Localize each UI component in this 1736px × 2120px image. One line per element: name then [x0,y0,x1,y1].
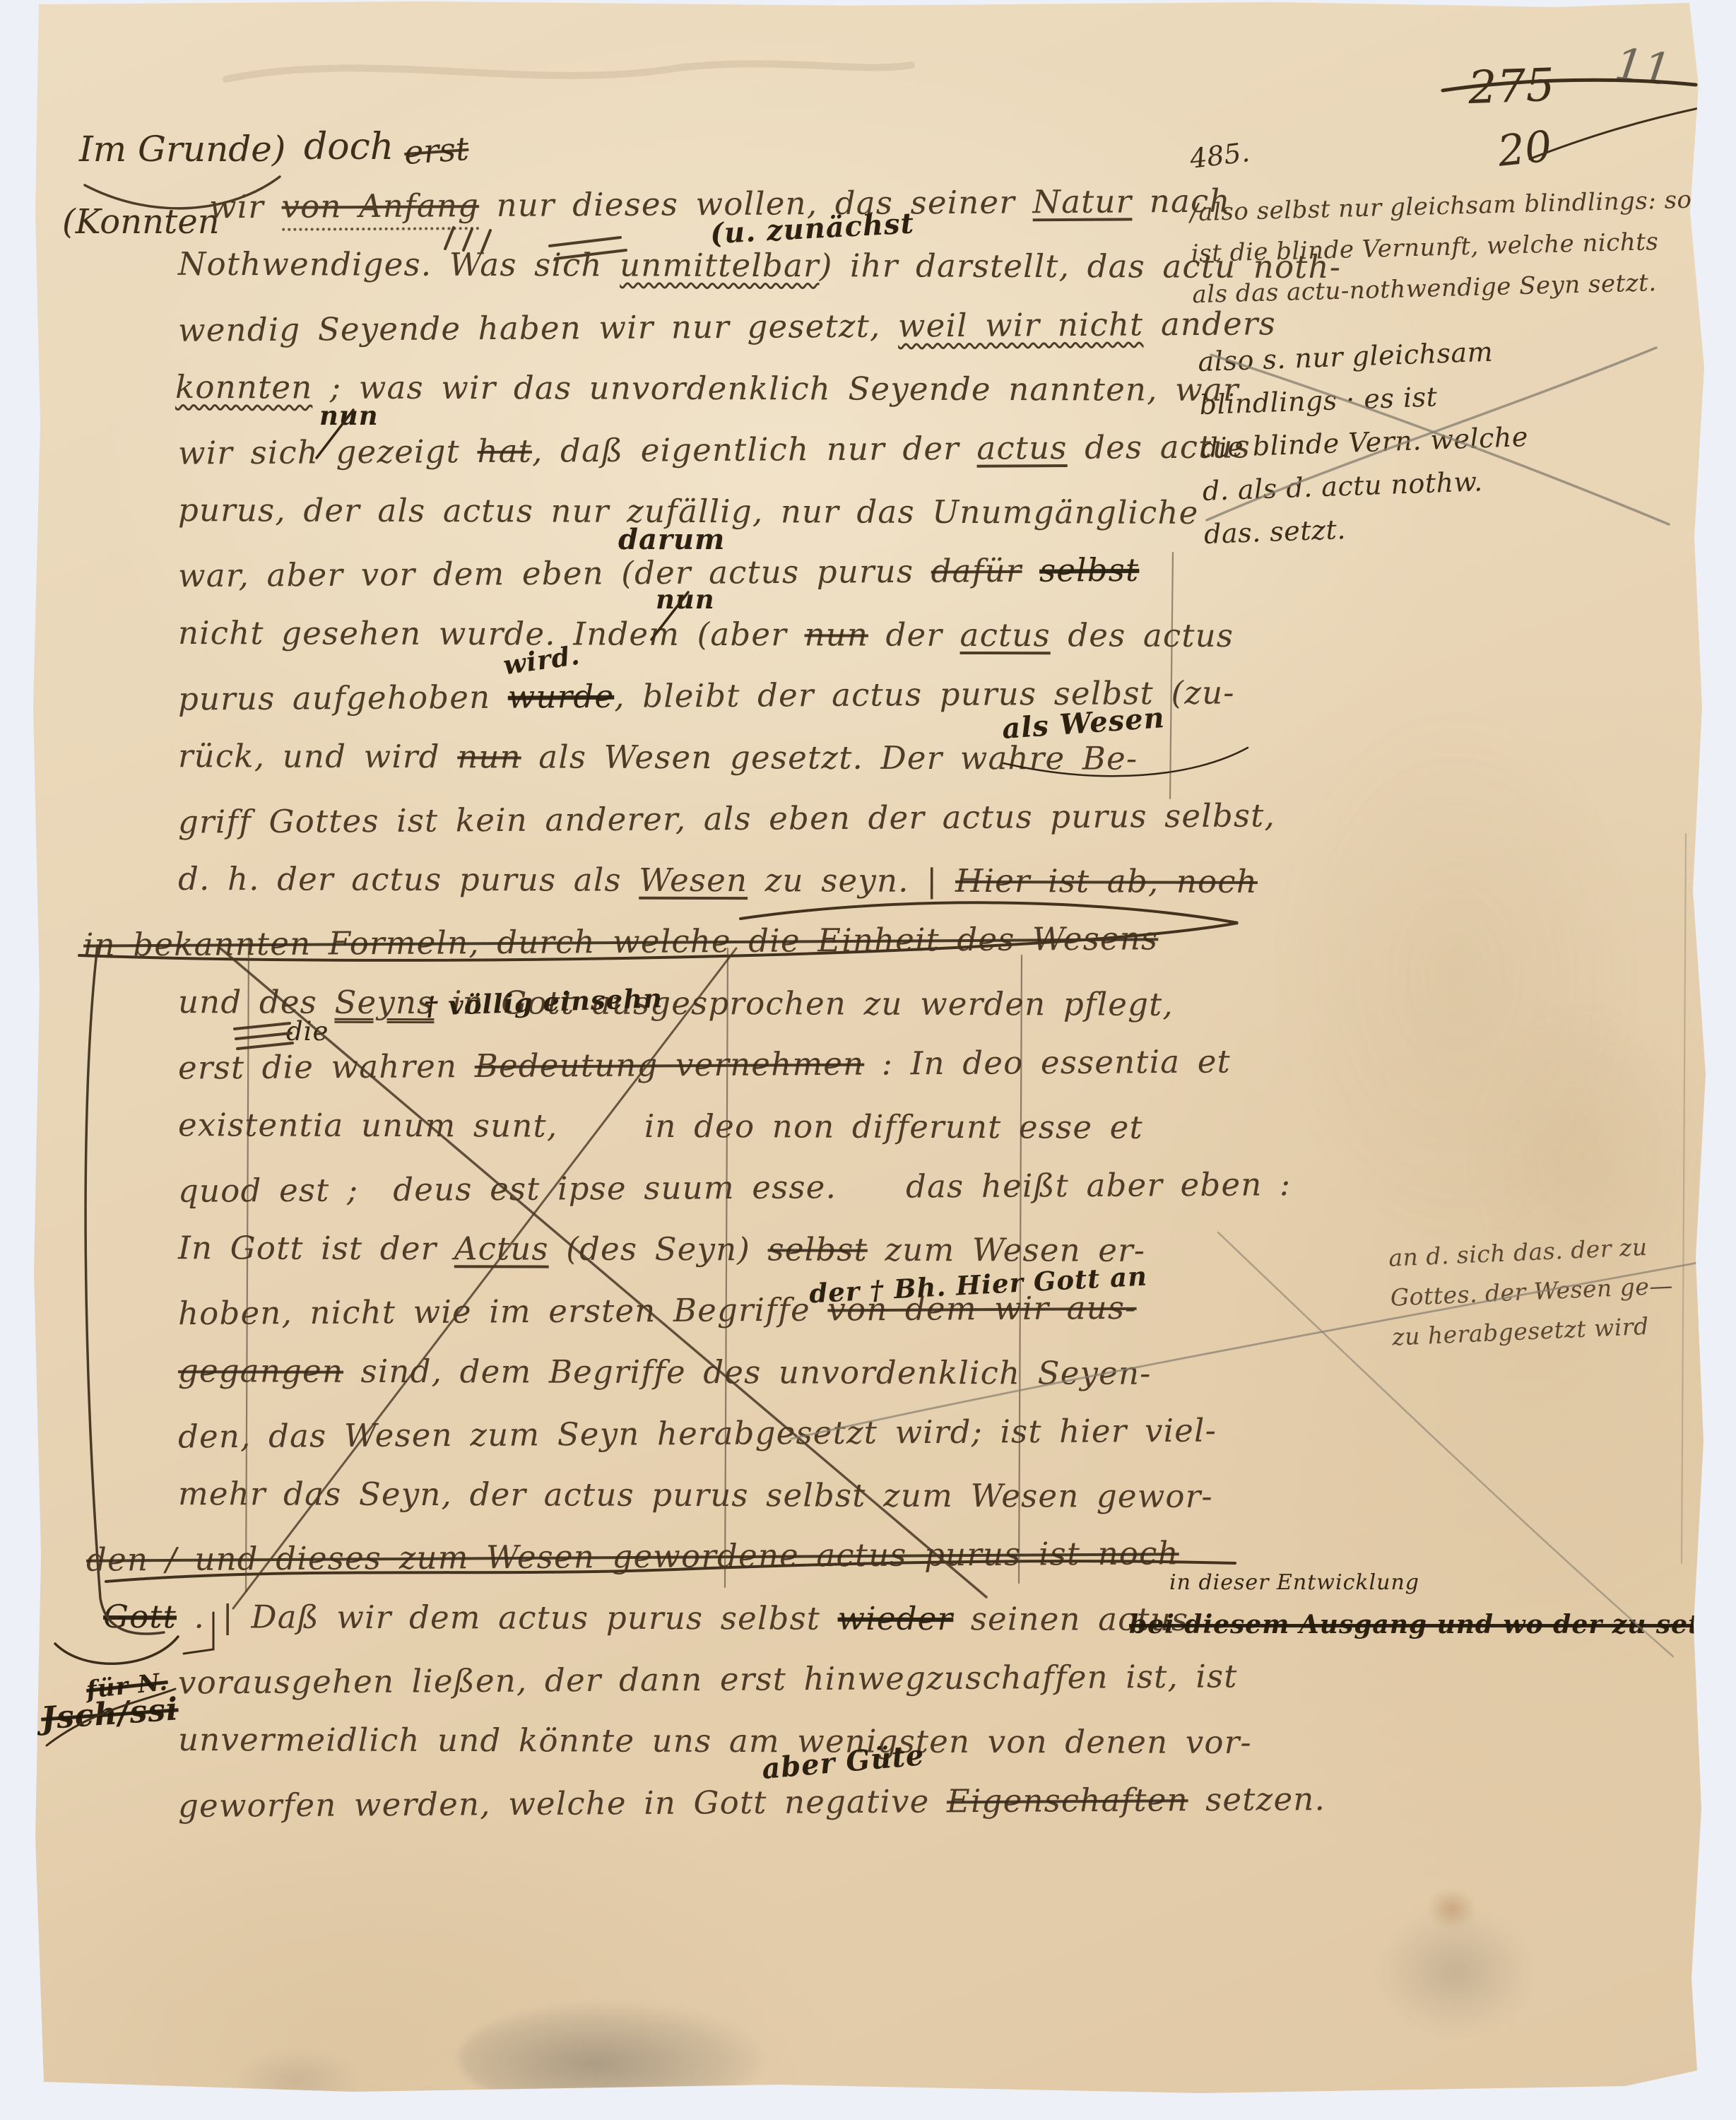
text-segment: erst die wahren [178,1047,475,1087]
folio-number-struck: 275 [1468,59,1556,114]
text-segment: vorausgehen ließen, der dann erst hinweg… [178,1657,1238,1701]
header-im-grunde: Im Grunde) [79,129,285,170]
manuscript-line: geworfen werden, welche in Gott negative… [178,1780,1325,1825]
struck-text: hat [477,432,532,470]
manuscript-line: gegangen sind, dem Begriffe des unvorden… [178,1352,1152,1392]
underlined-text: Wesen [639,861,748,899]
manuscript-line: vorausgehen ließen, der dann erst hinweg… [178,1657,1238,1701]
ink-smudge [459,2003,763,2113]
manuscript-line: wendig Seyende haben wir nur gesetzt, we… [178,305,1276,348]
smudge-faint [1378,1908,1533,2035]
folio-number-current: 20 [1496,122,1554,177]
text-segment: nicht gesehen wurde. Indem (aber [178,614,805,653]
smudge-faint [233,2049,360,2113]
text-segment: als Wesen gesetzt. Der wahre Be- [521,738,1138,777]
latin-text: quod est ; deus est ipse suum esse. das … [178,1165,1292,1210]
underlined-text: unmittelbar [620,246,820,284]
struck-text: Hier ist ab, noch [955,862,1258,900]
gott-strike-flourish [55,1637,178,1663]
text-segment: des actus [1051,616,1234,654]
struck-text: gegangen [178,1352,343,1390]
insertion-darum: darum [618,523,725,556]
manuscript-line: mehr das Seyn, der actus purus selbst zu… [178,1475,1213,1515]
manuscript-line: wir sich gezeigt hat, daß eigentlich nur… [178,428,1251,471]
text-segment: : In deo essentia et [864,1042,1231,1082]
manuscript-line: Gott . | Daß wir dem actus purus selbst … [103,1598,1189,1638]
text-segment: d. h. der actus purus als [178,860,639,899]
struck-text: dafür [931,552,1022,590]
manuscript-line: existentia unum sunt, in deo non differu… [178,1106,1143,1146]
margin-note-middle: an d. sich das. der zu Gottes. der Wesen… [1388,1232,1676,1362]
text-segment: den, das Wesen zum Seyn herabgesetzt wir… [178,1412,1217,1456]
struck-text: selbst [768,1230,868,1268]
show-through-stain [1272,707,1639,1244]
manuscript-line: In Gott ist der Actus (des Seyn) selbst … [178,1229,1145,1269]
manuscript-line: quod est ; deus est ipse suum esse. das … [178,1165,1292,1210]
text-segment: rück, und wird [178,737,457,775]
struck-text: in bekannten Formeln, durch welche die E… [83,919,1159,963]
struck-text: selbst [1039,551,1140,589]
manuscript-line: nicht gesehen wurde. Indem (aber nun der… [178,614,1234,654]
header-doch-struck: erst [403,129,470,172]
underlined-text: actus [976,429,1068,467]
manuscript-line: griff Gottes ist kein anderer, als eben … [178,796,1275,840]
triple-underline-mark [235,1023,293,1049]
manuscript-line: Nothwendiges. Was sich unmittelbar) ihr … [178,245,1341,285]
text-segment: (des Seyn) [549,1230,768,1268]
struck-text: wieder [838,1600,954,1637]
text-segment: griff Gottes ist kein anderer, als eben … [178,796,1275,840]
archive-number: 485. [1188,136,1251,175]
text-segment: geworfen werden, welche in Gott negative [178,1782,947,1825]
struck-text: Bedeutung vernehmen [475,1045,865,1085]
text-segment: unvermeidlich und könnte uns am wenigste… [178,1721,1252,1761]
insertion-nun: nun [319,400,379,431]
underlined-text: weil wir nicht [898,305,1144,344]
text-segment: war, aber vor dem eben (der actus purus [178,553,931,595]
underlined-text: actus [960,616,1051,654]
manuscript-scan: { "scan": { "backdrop": "#edf0f6", "pape… [0,0,1736,2120]
struck-text: den / und dieses zum Wesen gewordene act… [86,1534,1179,1578]
deletion-box-left-edge [85,946,164,1634]
text-segment: der [868,616,960,654]
underlined-text: Actus [454,1230,549,1267]
underlined-text: konnten [175,368,313,406]
text-segment: hoben, nicht wie im ersten Begriffe [178,1291,828,1333]
folio-number-pencil: 11 [1612,37,1674,95]
manuscript-line: den / und dieses zum Wesen gewordene act… [86,1534,1179,1578]
manuscript-line: d. h. der actus purus als Wesen zu seyn.… [178,860,1258,900]
manuscript-line: rück, und wird nun als Wesen gesetzt. De… [178,737,1138,777]
bleed-through-ghost [226,64,911,79]
foxing-spot [1427,1888,1477,1929]
left-margin-scribble: Jsch∕ssi [40,1691,179,1736]
struck-margin-phrase: bei diesem Ausgang und wo der zu setzen [1129,1610,1736,1639]
manuscript-line: den, das Wesen zum Seyn herabgesetzt wir… [178,1412,1217,1456]
manuscript-line: in bekannten Formeln, durch welche die E… [83,919,1159,963]
header-doch: doch [304,126,394,168]
insertion-die: die [286,1016,329,1047]
text-segment: wir [209,188,282,226]
text-segment: Nothwendiges. Was sich [178,245,620,284]
manuscript-line: unvermeidlich und könnte uns am wenigste… [178,1721,1252,1761]
insertion-nun-2: nun [656,584,715,615]
vertical-rule-faint [1682,834,1686,1563]
struck-text: von Anfang [281,187,479,231]
insertion-in-dieser-entwicklung: in dieser Entwicklung [1169,1570,1419,1595]
text-segment [1022,552,1039,589]
text-segment: sind, dem Begriffe des unvordenklich Sey… [343,1353,1152,1392]
underlined-text: Natur [1032,182,1132,220]
underlined-text: Seyns [334,984,434,1021]
struck-text: nun [457,738,521,775]
text-segment: setzen. [1188,1780,1325,1818]
struck-text: wurde [508,678,615,716]
struck-text: Gott [103,1598,177,1635]
text-segment: zu seyn. | [748,861,955,900]
text-segment: In Gott ist der [178,1229,454,1267]
folio-tail-stroke [1530,105,1716,159]
struck-text: Eigenschaften [947,1781,1188,1820]
text-segment: wendig Seyende haben wir nur gesetzt, [178,307,898,349]
catchword-konnten: (Konnten [62,202,220,242]
text-segment: mehr das Seyn, der actus purus selbst zu… [178,1475,1213,1515]
manuscript-paper: 275 20 11 485. Im Grunde) doch erst (Kon… [0,0,1736,2120]
text-segment: wir sich gezeigt [178,432,478,472]
margin-note-struck: also s. nur gleichsam blindlings · es is… [1198,335,1533,562]
manuscript-line: erst die wahren Bedeutung vernehmen : In… [178,1042,1231,1086]
text-segment: . | Daß wir dem actus purus selbst [177,1598,838,1637]
latin-text: existentia unum sunt, in deo non differu… [178,1106,1143,1146]
text-segment: ; was wir das unvordenklich Seyende nann… [312,369,1239,408]
text-segment: purus aufgehoben [178,678,508,718]
text-segment: , daß eigentlich nur der [532,430,977,470]
margin-note-top: ∕also selbst nur gleichsam blindlings: s… [1190,186,1695,322]
struck-text: nun [804,616,868,653]
text-segment: und des [178,983,335,1021]
